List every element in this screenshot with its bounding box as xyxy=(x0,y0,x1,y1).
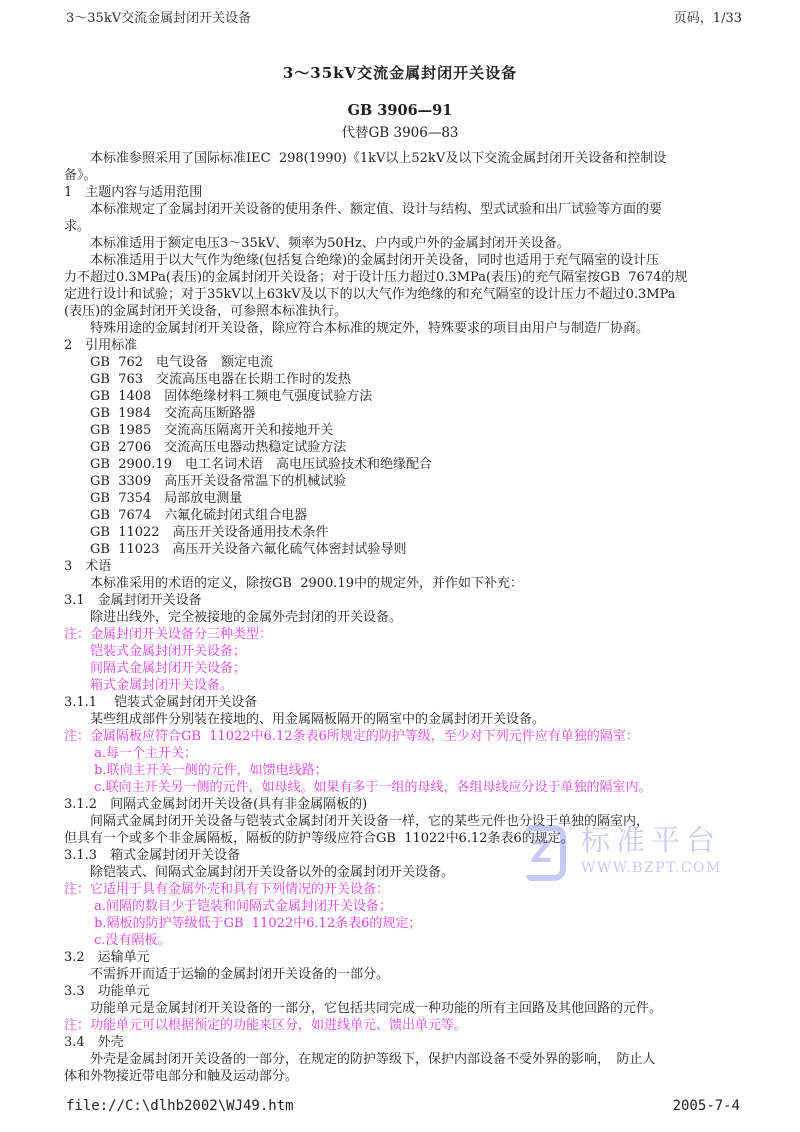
note-line: a.间隔的数目少于铠装和间隔式金属封闭开关设备； xyxy=(64,898,764,915)
text-line: 定进行设计和试验；对于35kV以上63kV及以下的以大气作为绝缘的和充气隔室的设… xyxy=(64,286,764,303)
text-line: GB 1984 交流高压断路器 xyxy=(64,405,764,422)
text-line: 3.1.2 间隔式金属封闭开关设备(具有非金属隔板的) xyxy=(64,796,764,813)
note-line: c.联向主开关另一侧的元件，如母线。如果有多于一组的母线，各组母线应分设于单独的… xyxy=(64,779,764,796)
note-line: c.没有隔板。 xyxy=(64,932,764,949)
text-line: 除铠装式、间隔式金属封闭开关设备以外的金属封闭开关设备。 xyxy=(64,864,764,881)
text-line: 体和外物接近带电部分和触及运动部分。 xyxy=(64,1068,764,1085)
note-line: a.每一个主开关； xyxy=(64,745,764,762)
header-page-number: 页码，1/33 xyxy=(674,7,742,26)
note-line: 间隔式金属封闭开关设备； xyxy=(64,660,764,677)
text-line: GB 11022 高压开关设备通用技术条件 xyxy=(64,524,764,541)
text-line: GB 762 电气设备 额定电流 xyxy=(64,354,764,371)
page-footer: file://C:\dlhb2002\WJ49.htm 2005-7-4 xyxy=(66,1098,740,1114)
text-line: 1 主题内容与适用范围 xyxy=(64,184,764,201)
text-line: 备》。 xyxy=(64,167,764,184)
note-line: 铠装式金属封闭开关设备； xyxy=(64,643,764,660)
replaces-note: 代替GB 3906—83 xyxy=(0,121,800,141)
document-title-block: 3～35kV交流金属封闭开关设备 GB 3906—91 代替GB 3906—83 xyxy=(0,62,800,141)
text-line: 特殊用途的金属封闭开关设备，除应符合本标准的规定外，特殊要求的项目由用户与制造厂… xyxy=(64,320,764,337)
note-line: 注：它适用于具有金属外壳和具有下列情况的开关设备： xyxy=(64,881,764,898)
text-line: (表压)的金属封闭开关设备，可参照本标准执行。 xyxy=(64,303,764,320)
text-line: GB 2706 交流高压电器动热稳定试验方法 xyxy=(64,439,764,456)
text-line: 本标准适用于以大气作为绝缘(包括复合绝缘)的金属封闭开关设备，同时也适用于充气隔… xyxy=(64,252,764,269)
text-line: 本标准参照采用了国际标准IEC 298(1990)《1kV以上52kV及以下交流… xyxy=(64,150,764,167)
text-line: GB 7354 局部放电测量 xyxy=(64,490,764,507)
footer-date: 2005-7-4 xyxy=(673,1098,740,1114)
text-line: 外壳是金属封闭开关设备的一部分，在规定的防护等级下，保护内部设备不受外界的影响，… xyxy=(64,1051,764,1068)
text-line: 3.4 外壳 xyxy=(64,1034,764,1051)
document-title: 3～35kV交流金属封闭开关设备 xyxy=(0,62,800,83)
note-line: 注：金属隔板应符合GB 11022中6.12条表6所规定的防护等级，至少对下列元… xyxy=(64,728,764,745)
document-page: 3～35kV交流金属封闭开关设备 页码，1/33 Z 标准平台 WWW.BZPT… xyxy=(0,0,800,1132)
text-line: GB 3309 高压开关设备常温下的机械试验 xyxy=(64,473,764,490)
text-line: GB 2900.19 电工名词术语 高电压试验技术和绝缘配合 xyxy=(64,456,764,473)
text-line: 间隔式金属封闭开关设备与铠装式金属封闭开关设备一样，它的某些元件也分设于单独的隔… xyxy=(64,813,764,830)
text-line: GB 763 交流高压电器在长期工作时的发热 xyxy=(64,371,764,388)
note-line: b.隔板的防护等级低于GB 11022中6.12条表6的规定； xyxy=(64,915,764,932)
text-line: 3.3 功能单元 xyxy=(64,983,764,1000)
text-line: 力不超过0.3MPa(表压)的金属封闭开关设备；对于设计压力超过0.3MPa(表… xyxy=(64,269,764,286)
text-line: GB 1985 交流高压隔离开关和接地开关 xyxy=(64,422,764,439)
text-line: 3.1 金属封闭开关设备 xyxy=(64,592,764,609)
text-line: 不需拆开而适于运输的金属封闭开关设备的一部分。 xyxy=(64,966,764,983)
page-header: 3～35kV交流金属封闭开关设备 页码，1/33 xyxy=(66,7,742,26)
text-line: 3.1.3 箱式金属封闭开关设备 xyxy=(64,847,764,864)
text-line: 本标准规定了金属封闭开关设备的使用条件、额定值、设计与结构、型式试验和出厂试验等… xyxy=(64,201,764,218)
text-line: GB 1408 固体绝缘材料工频电气强度试验方法 xyxy=(64,388,764,405)
text-line: 3 术语 xyxy=(64,558,764,575)
text-line: 功能单元是金属封闭开关设备的一部分，它包括共同完成一种功能的所有主回路及其他回路… xyxy=(64,1000,764,1017)
text-line: 3.1.1 铠装式金属封闭开关设备 xyxy=(64,694,764,711)
footer-file-path: file://C:\dlhb2002\WJ49.htm xyxy=(66,1098,294,1114)
text-line: 求。 xyxy=(64,218,764,235)
standard-number: GB 3906—91 xyxy=(0,102,800,119)
text-line: 本标准适用于额定电压3～35kV、频率为50Hz、户内或户外的金属封闭开关设备。 xyxy=(64,235,764,252)
text-line: GB 11023 高压开关设备六氟化硫气体密封试验导则 xyxy=(64,541,764,558)
text-line: 本标准采用的术语的定义，除按GB 2900.19中的规定外，并作如下补充： xyxy=(64,575,764,592)
text-line: 3.2 运输单元 xyxy=(64,949,764,966)
note-line: 箱式金属封闭开关设备。 xyxy=(64,677,764,694)
text-line: 除进出线外，完全被接地的金属外壳封闭的开关设备。 xyxy=(64,609,764,626)
note-line: 注：金属封闭开关设备分三种类型： xyxy=(64,626,764,643)
text-line: GB 7674 六氟化硫封闭式组合电器 xyxy=(64,507,764,524)
text-line: 2 引用标准 xyxy=(64,337,764,354)
note-line: 注：功能单元可以根据预定的功能来区分，如进线单元、馈出单元等。 xyxy=(64,1017,764,1034)
text-line: 某些组成部件分别装在接地的、用金属隔板隔开的隔室中的金属封闭开关设备。 xyxy=(64,711,764,728)
header-doc-title: 3～35kV交流金属封闭开关设备 xyxy=(66,7,251,26)
note-line: b.联向主开关一侧的元件，如馈电线路； xyxy=(64,762,764,779)
text-line: 但具有一个或多个非金属隔板，隔板的防护等级应符合GB 11022中6.12条表6… xyxy=(64,830,764,847)
document-body: 本标准参照采用了国际标准IEC 298(1990)《1kV以上52kV及以下交流… xyxy=(64,150,764,1085)
